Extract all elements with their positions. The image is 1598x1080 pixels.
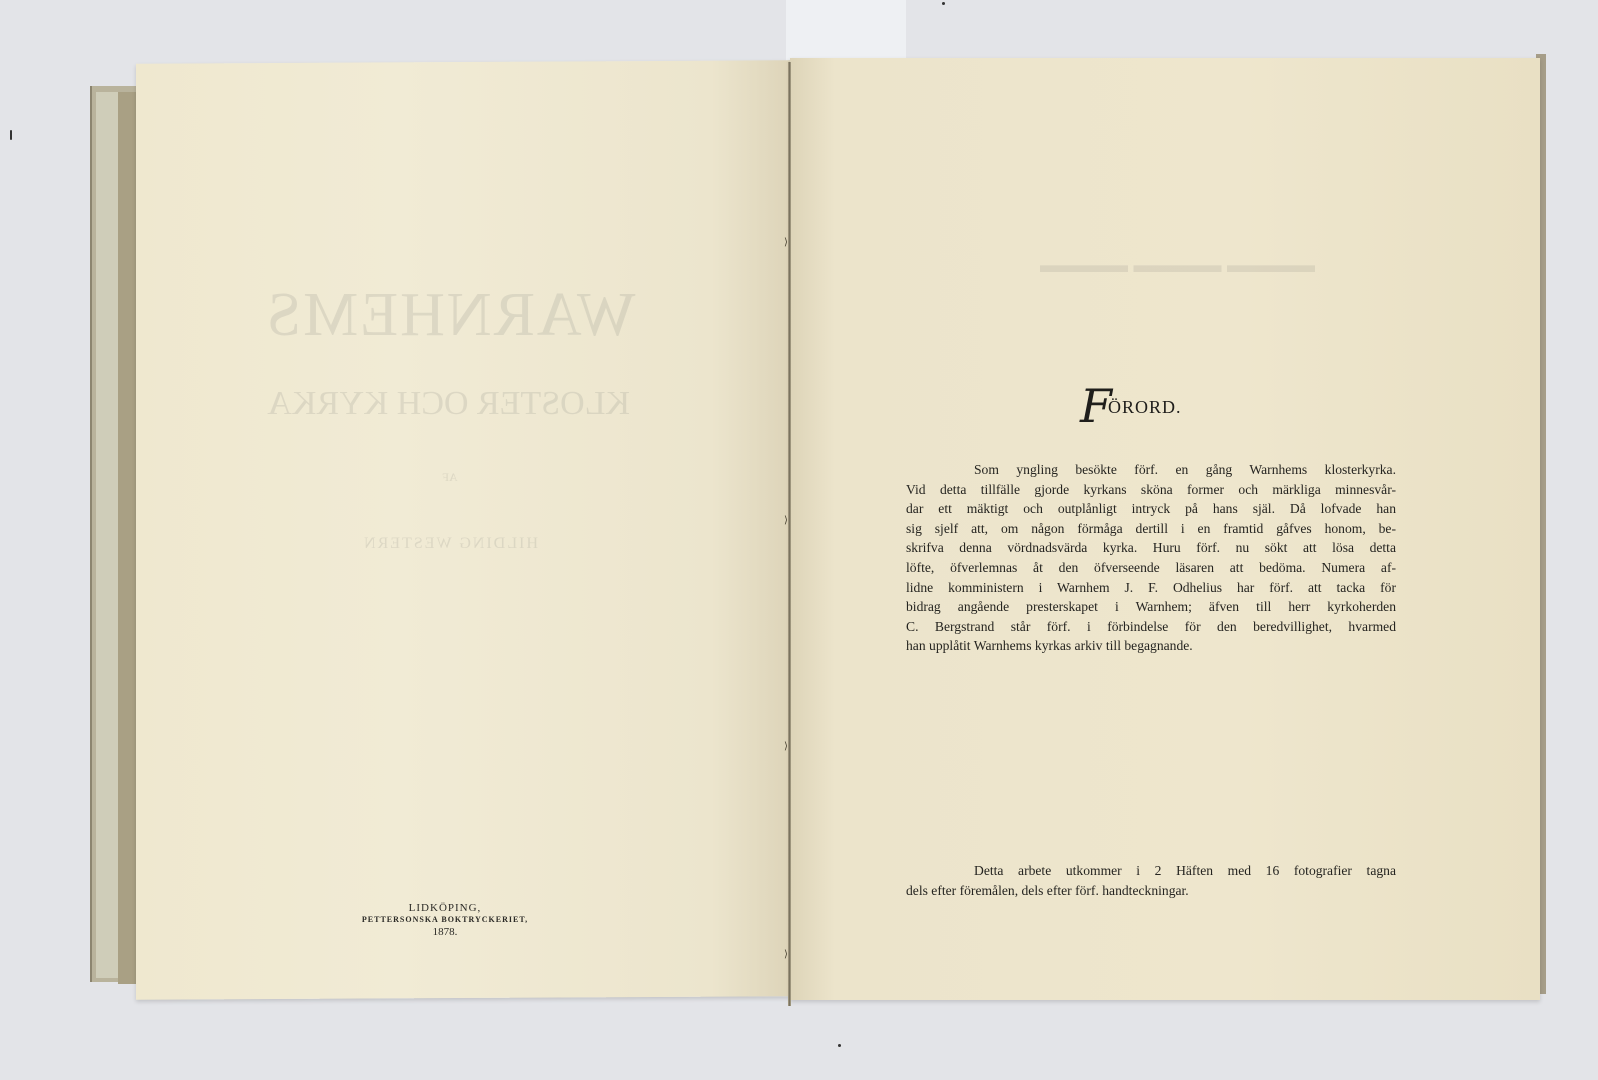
dust-speck	[942, 2, 945, 5]
text-line: han upplåtit Warnhems kyrkas arkiv till …	[906, 636, 1396, 656]
page-heading: F ÖRORD.	[1080, 385, 1230, 435]
binding-stitch: ⟩	[784, 238, 794, 248]
text-line: C. Bergstrand står förf. i förbindelse f…	[906, 617, 1396, 637]
binding-stitch: ⟩	[784, 950, 794, 960]
text-line: skrifva denna vördnadsvärda kyrka. Huru …	[906, 538, 1396, 558]
text-line: löfte, öfverlemnas åt den öfverseende lä…	[906, 558, 1396, 578]
heading-text: ÖRORD.	[1108, 397, 1182, 418]
show-through-by: AF	[420, 470, 480, 485]
text-line: Som yngling besökte förf. en gång Warnhe…	[906, 460, 1396, 480]
book-gutter	[788, 62, 791, 1006]
left-page	[136, 60, 790, 999]
binding-stitch: ⟩	[784, 516, 794, 526]
cover-spine-strip	[96, 92, 118, 978]
text-line: Detta arbete utkommer i 2 Häften med 16 …	[906, 861, 1396, 881]
text-line: Vid detta tillfälle gjorde kyrkans sköna…	[906, 480, 1396, 500]
text-line: sig sjelf att, om någon förmåga dertill …	[906, 519, 1396, 539]
text-line: bidrag angående presterskapet i Warnhem;…	[906, 597, 1396, 617]
dust-speck	[10, 130, 12, 140]
imprint-city: LIDKÖPING,	[360, 902, 530, 914]
open-book: ⟩ ⟩ ⟩ ⟩ WARNHEMS KLOSTER OCH KYRKA AF HI…	[0, 0, 1598, 1080]
binding-stitch: ⟩	[784, 742, 794, 752]
show-through-title: WARNHEMS	[250, 280, 650, 351]
imprint-year: 1878.	[360, 926, 530, 938]
imprint-press: PETTERSONSKA BOKTRYCKERIET,	[360, 914, 530, 926]
imprint: LIDKÖPING, PETTERSONSKA BOKTRYCKERIET, 1…	[360, 902, 530, 938]
show-through-right: ▬▬▬▬ ▬▬▬▬ ▬▬▬▬	[1040, 252, 1315, 278]
publication-note: Detta arbete utkommer i 2 Häften med 16 …	[906, 861, 1396, 900]
preface-paragraph: Som yngling besökte förf. en gång Warnhe…	[906, 460, 1396, 656]
text-line: dels efter föremålen, dels efter förf. h…	[906, 881, 1396, 901]
text-line: lidne komministern i Warnhem J. F. Odhel…	[906, 578, 1396, 598]
show-through-subtitle: KLOSTER OCH KYRKA	[270, 385, 630, 423]
show-through-author: HILDING WESTERN	[330, 535, 570, 553]
dust-speck	[838, 1044, 841, 1047]
text-line: dar ett mäktigt och outplånligt intryck …	[906, 499, 1396, 519]
